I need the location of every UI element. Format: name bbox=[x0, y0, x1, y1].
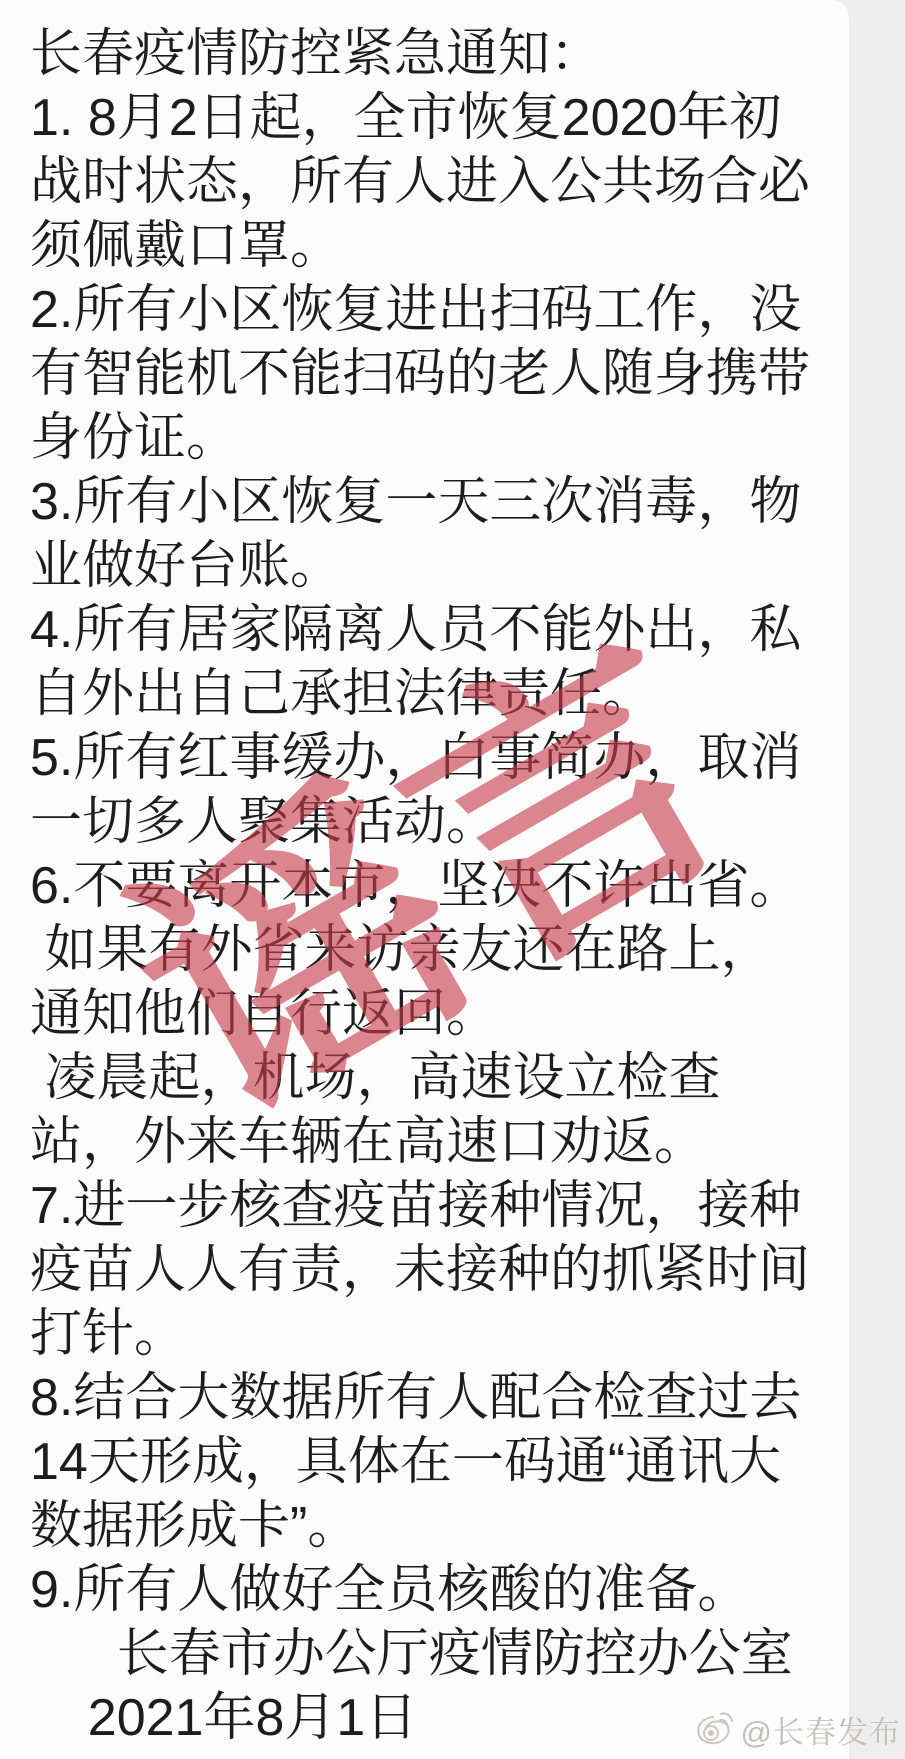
weibo-credit: @长春发布 bbox=[692, 1705, 901, 1753]
notice-line: 如果有外省来访亲友还在路上， bbox=[30, 918, 835, 982]
notice-line: 5.所有红事缓办，白事简办，取消 bbox=[30, 726, 835, 790]
notice-line: 凌晨起，机场，高速设立检查 bbox=[30, 1046, 835, 1110]
notice-line: 长春疫情防控紧急通知： bbox=[30, 22, 835, 86]
notice-line: 疫苗人人有责，未接种的抓紧时间 bbox=[30, 1238, 835, 1302]
notice-line: 须佩戴口罩。 bbox=[30, 214, 835, 278]
notice-line: 一切多人聚集活动。 bbox=[30, 790, 835, 854]
weibo-icon bbox=[692, 1704, 736, 1755]
notice-line: 战时状态，所有人进入公共场合必 bbox=[30, 150, 835, 214]
notice-line: 7.进一步核查疫苗接种情况，接种 bbox=[30, 1174, 835, 1238]
notice-text: 长春疫情防控紧急通知：1. 8月2日起，全市恢复2020年初战时状态，所有人进入… bbox=[30, 22, 835, 1750]
notice-line: 14天形成，具体在一码通“通讯大 bbox=[30, 1430, 835, 1494]
weibo-handle: @长春发布 bbox=[741, 1707, 901, 1752]
notice-line: 打针。 bbox=[30, 1302, 835, 1366]
notice-line: 1. 8月2日起，全市恢复2020年初 bbox=[30, 86, 835, 150]
notice-line: 数据形成卡”。 bbox=[30, 1494, 835, 1558]
notice-line: 通知他们自行返回。 bbox=[30, 982, 835, 1046]
notice-line: 2.所有小区恢复进出扫码工作，没 bbox=[30, 278, 835, 342]
notice-line: 9.所有人做好全员核酸的准备。 bbox=[30, 1558, 835, 1622]
notice-line: 身份证。 bbox=[30, 406, 835, 470]
background-strip bbox=[849, 0, 905, 1759]
notice-line: 8.结合大数据所有人配合检查过去 bbox=[30, 1366, 835, 1430]
notice-line: 有智能机不能扫码的老人随身携带 bbox=[30, 342, 835, 406]
notice-line: 自外出自己承担法律责任。 bbox=[30, 662, 835, 726]
notice-line: 长春市办公厅疫情防控办公室 bbox=[30, 1622, 835, 1686]
notice-line: 4.所有居家隔离人员不能外出，私 bbox=[30, 598, 835, 662]
notice-line: 业做好台账。 bbox=[30, 534, 835, 598]
notice-line: 站，外来车辆在高速口劝返。 bbox=[30, 1110, 835, 1174]
notice-line: 6.不要离开本市，坚决不许出省。 bbox=[30, 854, 835, 918]
notice-line: 3.所有小区恢复一天三次消毒，物 bbox=[30, 470, 835, 534]
